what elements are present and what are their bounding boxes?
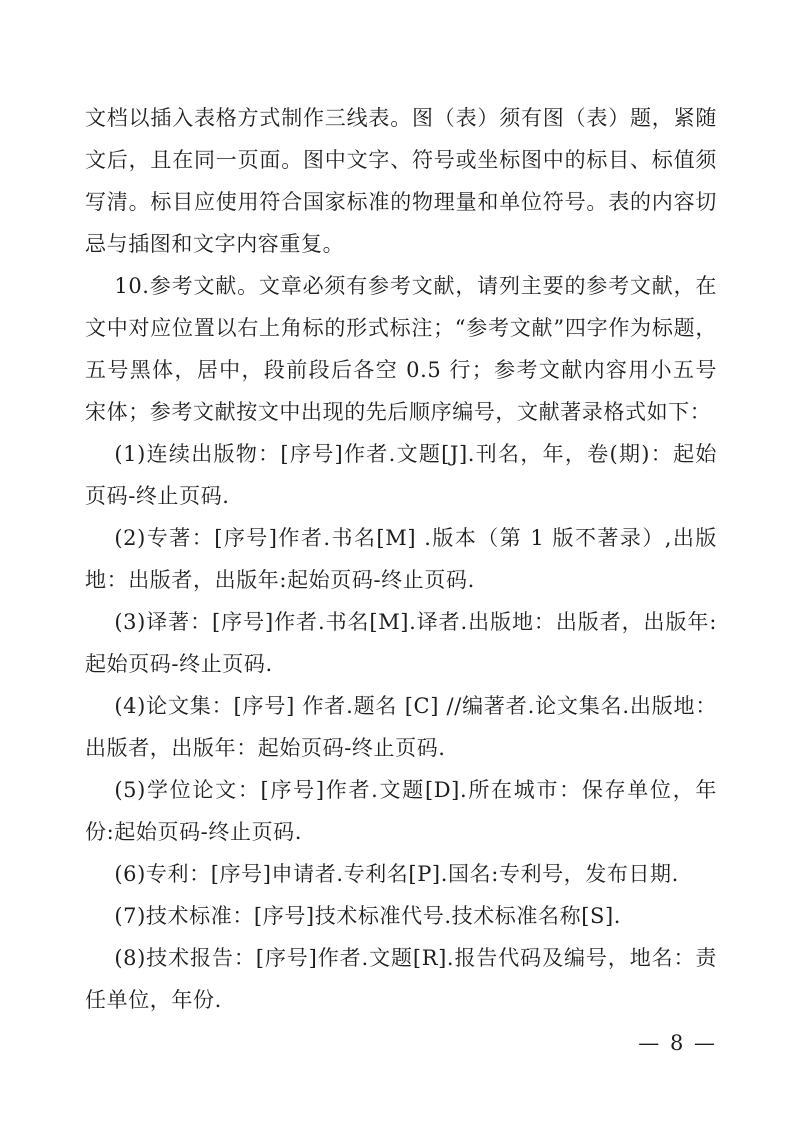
page-number: — 8 — bbox=[638, 1030, 717, 1056]
paragraph-figure-table-rules: 文档以插入表格方式制作三线表。图（表）须有图（表）题，紧随文后，且在同一页面。图… bbox=[85, 97, 717, 265]
reference-format-item-4: (4)论文集：[序号] 作者.题名 [C] //编著者.论文集名.出版地：出版者… bbox=[85, 685, 717, 769]
reference-format-item-7: (7)技术标准：[序号]技术标准代号.技术标准名称[S]. bbox=[85, 895, 717, 937]
paragraph-references-intro: 10.参考文献。文章必须有参考文献，请列主要的参考文献，在文中对应位置以右上角标… bbox=[85, 265, 717, 433]
reference-format-item-1: (1)连续出版物：[序号]作者.文题[J].刊名，年，卷(期)：起始页码-终止页… bbox=[85, 433, 717, 517]
reference-format-item-2: (2)专著：[序号]作者.书名[M] .版本（第 1 版不著录）,出版地：出版者… bbox=[85, 517, 717, 601]
reference-format-item-6: (6)专利：[序号]申请者.专利名[P].国名:专利号，发布日期. bbox=[85, 853, 717, 895]
body-text: 文档以插入表格方式制作三线表。图（表）须有图（表）题，紧随文后，且在同一页面。图… bbox=[85, 97, 717, 1021]
reference-format-item-5: (5)学位论文：[序号]作者.文题[D].所在城市：保存单位，年份:起始页码-终… bbox=[85, 769, 717, 853]
reference-format-item-3: (3)译著：[序号]作者.书名[M].译者.出版地：出版者，出版年:起始页码-终… bbox=[85, 601, 717, 685]
reference-format-item-8: (8)技术报告：[序号]作者.文题[R].报告代码及编号，地名：责任单位，年份. bbox=[85, 937, 717, 1021]
document-page: 文档以插入表格方式制作三线表。图（表）须有图（表）题，紧随文后，且在同一页面。图… bbox=[0, 0, 800, 1131]
